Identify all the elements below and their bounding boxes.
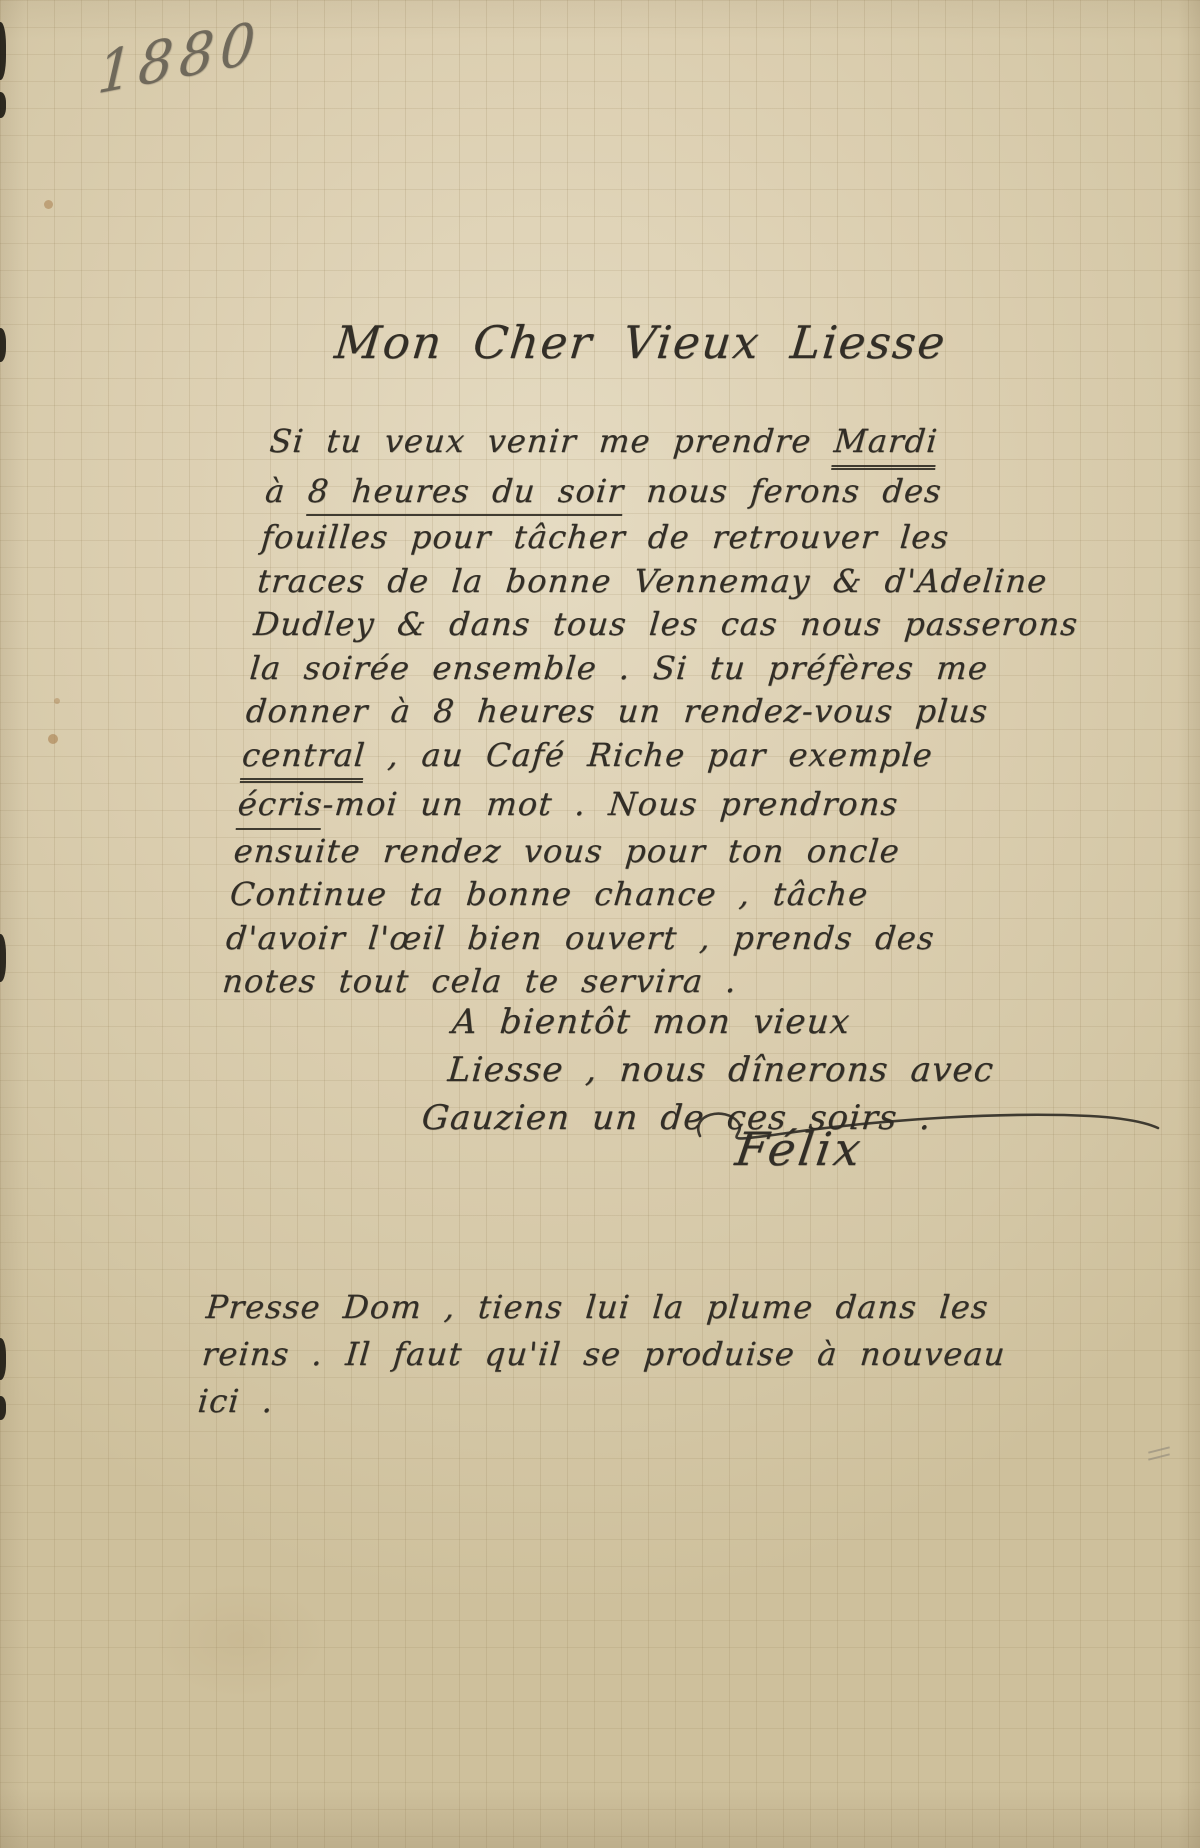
letter-line: fouilles pour tâcher de retrouver les [259,516,1087,560]
binding-mark [0,1396,6,1420]
letter-line: à 8 heures du soir nous ferons des [263,470,1092,517]
year-inscription: 1880 [96,9,263,108]
binding-mark [0,1338,6,1380]
letter-line: Si tu veux venir me prendre Mardi [267,420,1096,470]
letter-line: Presse Dom , tiens lui la plume dans les [204,1284,1012,1331]
letter-line: Gauzien un de ces soirs . [420,1094,992,1142]
paper-stain [44,200,53,209]
letter-line: Liesse , nous dînerons avec [446,1046,996,1094]
letter-line: écris-moi un mot . Nous prendrons [236,783,1065,830]
binding-mark [0,934,6,982]
signature: Félix [732,1122,867,1176]
letter-line: notes tout cela te servira . [220,960,1048,1004]
letter-body: Si tu veux venir me prendre Mardià 8 heu… [220,420,1096,1004]
postscript: Presse Dom , tiens lui la plume dans les… [196,1284,1012,1425]
letter-line: central , au Café Riche par exemple [240,734,1069,784]
letter-closing: A bientôt mon vieuxLiesse , nous dîneron… [442,998,1001,1142]
pencil-mark [1148,1444,1174,1464]
letter-line: traces de la bonne Vennemay & d'Adeline [256,560,1084,604]
letter-page: 1880 Mon Cher Vieux Liesse Si tu veux ve… [0,0,1200,1848]
binding-mark [0,22,6,80]
paper-stain [150,1580,330,1700]
letter-line: reins . Il faut qu'il se produise à nouv… [200,1331,1008,1378]
letter-line: ici . [196,1378,1004,1425]
letter-line: d'avoir l'œil bien ouvert , prends des [224,917,1052,961]
binding-mark [0,328,6,362]
paper-stain [48,734,58,744]
letter-line: A bientôt mon vieux [450,998,1000,1046]
letter-line: Dudley & dans tous les cas nous passeron… [252,603,1080,647]
letter-line: donner à 8 heures un rendez-vous plus [244,690,1072,734]
letter-line: ensuite rendez vous pour ton oncle [232,830,1060,874]
binding-mark [0,92,6,118]
letter-line: la soirée ensemble . Si tu préfères me [248,647,1076,691]
salutation: Mon Cher Vieux Liesse [332,316,949,369]
paper-stain [54,698,60,704]
letter-line: Continue ta bonne chance , tâche [228,873,1056,917]
